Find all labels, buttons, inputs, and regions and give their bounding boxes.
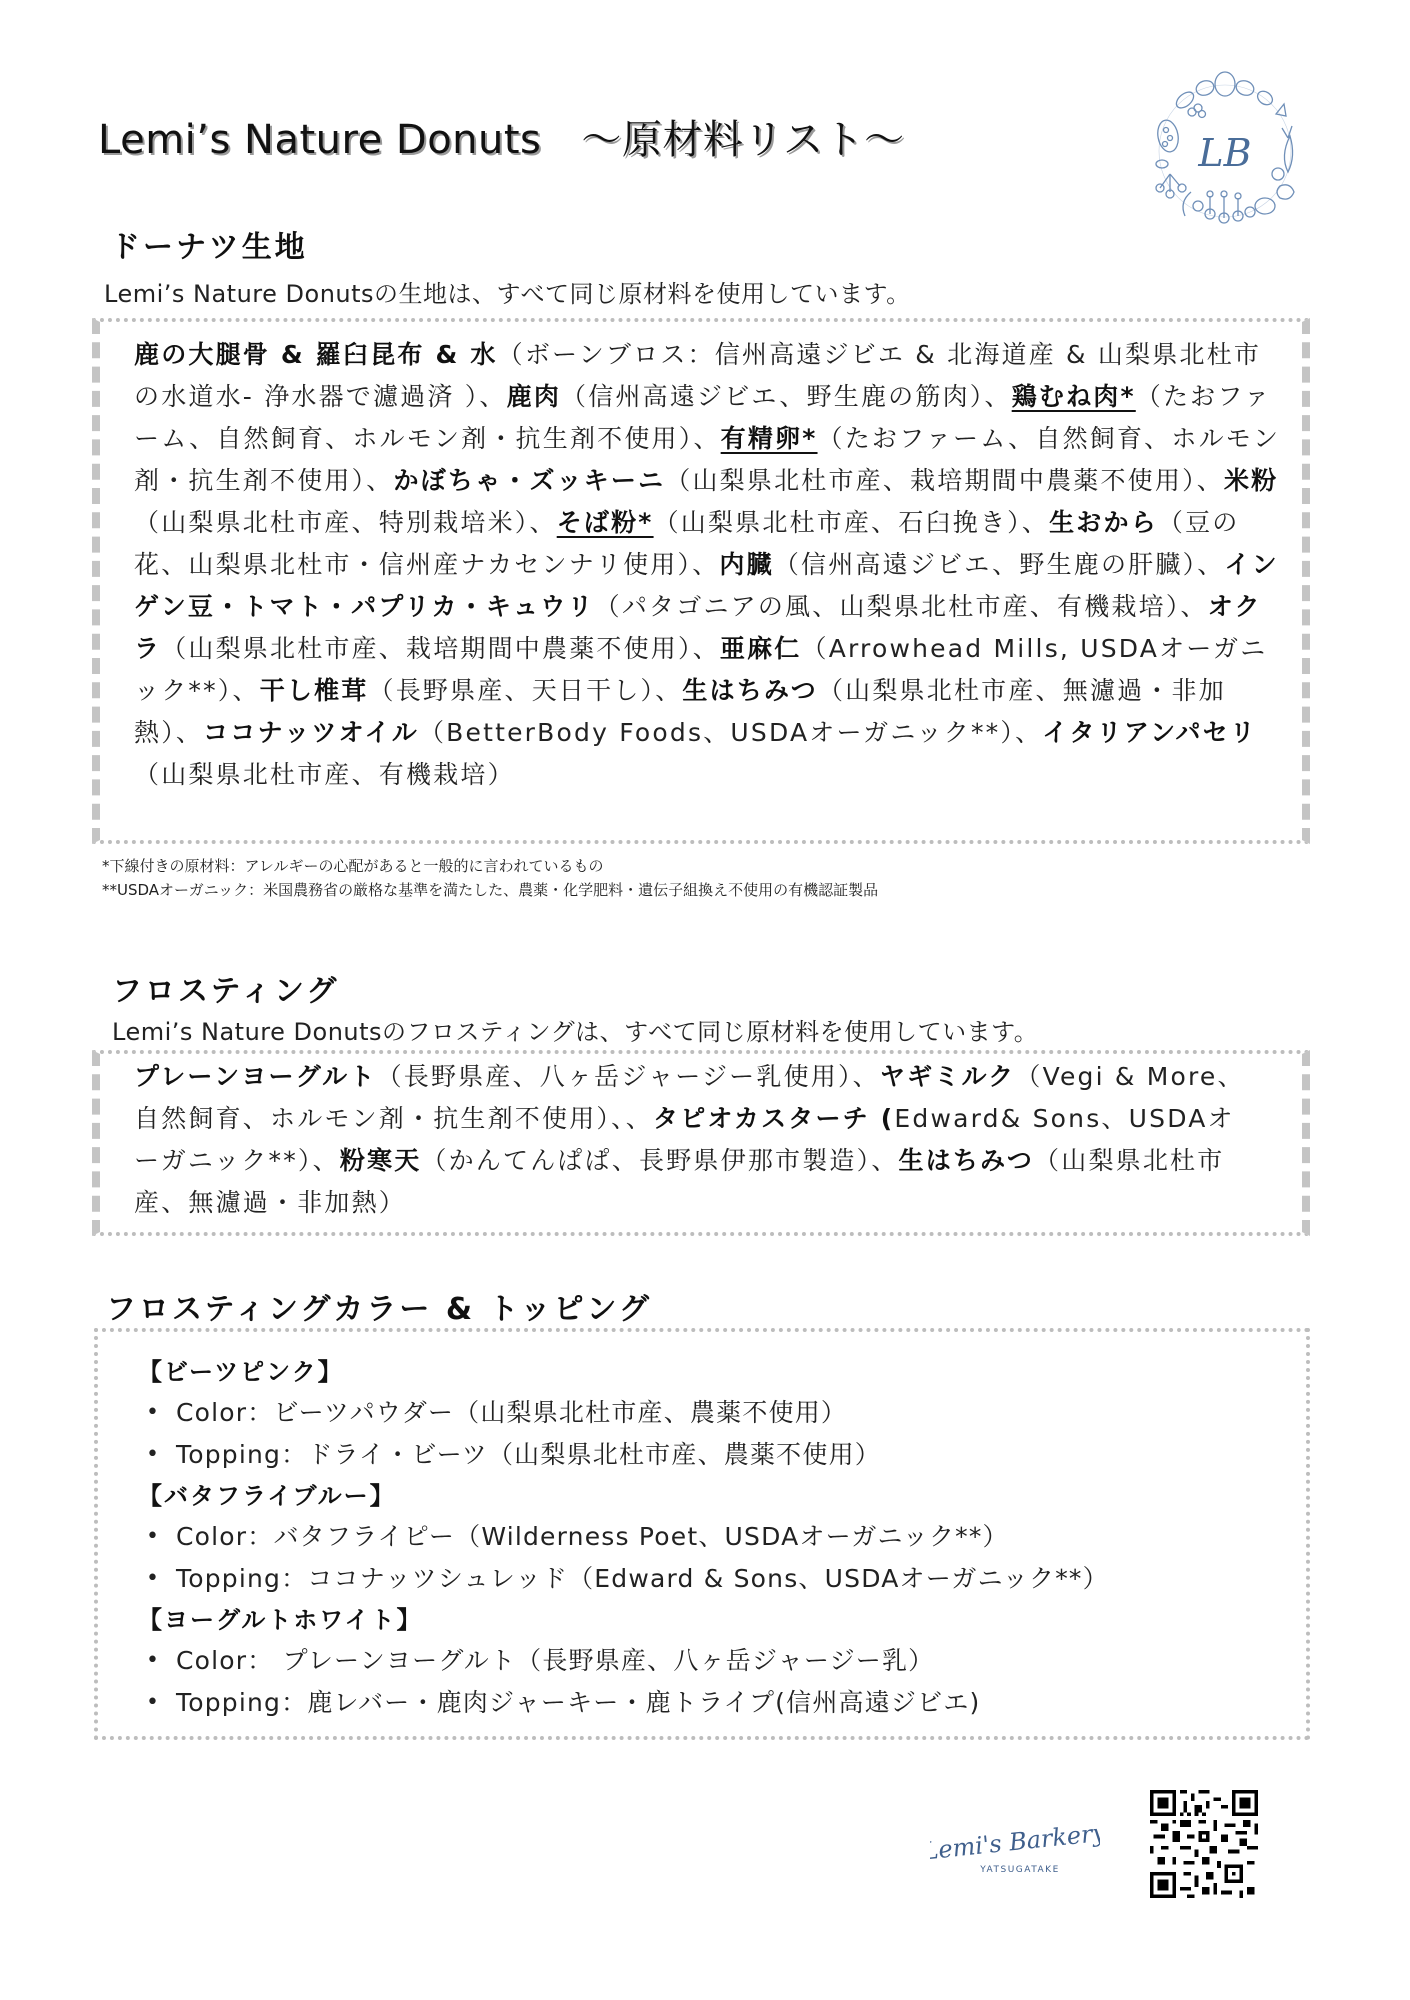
ingredient-name: そば粉* xyxy=(557,508,654,537)
ingredient-name: ココナッツオイル xyxy=(203,718,419,747)
ingredient-detail: （信州高遠ジビエ、野生鹿の肝臓）、 xyxy=(774,550,1225,579)
bullet-icon: • xyxy=(146,1640,160,1682)
bullet-icon: • xyxy=(146,1434,160,1476)
ingredient-name: プレーンヨーグルト xyxy=(134,1062,377,1091)
page-title-sub: ～原材料リスト～ xyxy=(581,117,904,163)
ingredient-detail: （かんてんぱぱ、長野県伊那市製造）、 xyxy=(421,1146,898,1175)
ingredient-name: 生おから xyxy=(1049,508,1158,537)
ingredient-name: 米粉 xyxy=(1224,466,1278,495)
variant-items: •Color：ビーツパウダー（山梨県北杜市産、農薬不使用） •Topping：ド… xyxy=(138,1392,1109,1476)
brand-logo-icon: Lemi's Barkery YATSUGATAKE xyxy=(930,1810,1100,1890)
bullet-icon: • xyxy=(146,1558,160,1600)
dough-ingredients-text: 鹿の大腿骨 & 羅臼昆布 & 水（ボーンブロス：信州高遠ジビエ & 北海道産 &… xyxy=(134,334,1284,796)
ingredient-detail: （長野県産、八ヶ岳ジャージー乳使用）、 xyxy=(377,1062,880,1091)
variant-label: 【バタフライブルー】 xyxy=(138,1476,1109,1516)
ingredient-detail: （信州高遠ジビエ、野生鹿の筋肉）、 xyxy=(561,382,1012,411)
variant-butterfly-blue: 【バタフライブルー】 •Color：バタフライピー（Wilderness Poe… xyxy=(138,1476,1109,1600)
toppings-heading: フロスティングカラー & トッピング xyxy=(106,1284,652,1328)
ingredient-name: ヤギミルク xyxy=(880,1062,1016,1091)
ingredient-detail: （山梨県北杜市産、栽培期間中農薬不使用）、 xyxy=(665,466,1224,495)
lemis-barkery-logo: Lemi's Barkery YATSUGATAKE xyxy=(930,1810,1100,1890)
bullet-icon: • xyxy=(146,1392,160,1434)
variant-item: •Topping：鹿レバー・鹿肉ジャーキー・鹿トライプ(信州高遠ジビエ) xyxy=(138,1682,1109,1724)
page-title: Lemi’s Nature Donuts～原材料リスト～ xyxy=(98,108,905,165)
ingredient-name: 生はちみつ xyxy=(899,1146,1035,1175)
frosting-ingredients-box: プレーンヨーグルト（長野県産、八ヶ岳ジャージー乳使用）、ヤギミルク（Vegi &… xyxy=(92,1050,1310,1236)
variant-items: •Color：バタフライピー（Wilderness Poet、USDAオーガニッ… xyxy=(138,1516,1109,1600)
variant-items: •Color： プレーンヨーグルト（長野県産、八ヶ岳ジャージー乳） •Toppi… xyxy=(138,1640,1109,1724)
ingredient-name: 内臓 xyxy=(719,550,773,579)
ingredient-detail: （パタゴニアの風、山梨県北杜市産、有機栽培）、 xyxy=(595,592,1208,621)
frosting-heading: フロスティング xyxy=(112,966,339,1010)
wreath-logo: LB xyxy=(1140,66,1310,236)
variant-item: •Color：バタフライピー（Wilderness Poet、USDAオーガニッ… xyxy=(138,1516,1109,1558)
ingredient-name: 粉寒天 xyxy=(340,1146,422,1175)
qr-code-icon xyxy=(1150,1790,1258,1898)
variant-yogurt-white: 【ヨーグルトホワイト】 •Color： プレーンヨーグルト（長野県産、八ヶ岳ジャ… xyxy=(138,1600,1109,1724)
ingredient-name: 鶏むね肉* xyxy=(1012,382,1136,411)
ingredient-detail: （山梨県北杜市産、特別栽培米）、 xyxy=(134,508,557,537)
variant-label: 【ヨーグルトホワイト】 xyxy=(138,1600,1109,1640)
ingredient-name: 鹿の大腿骨 & 羅臼昆布 & 水 xyxy=(134,340,498,369)
frosting-description: Lemi’s Nature Donutsのフロスティングは、すべて同じ原材料を使… xyxy=(112,1012,1038,1047)
dough-ingredients-box: 鹿の大腿骨 & 羅臼昆布 & 水（ボーンブロス：信州高遠ジビエ & 北海道産 &… xyxy=(92,318,1310,844)
ingredient-detail: （山梨県北杜市産、栽培期間中農薬不使用）、 xyxy=(161,634,720,663)
allergy-footnote: *下線付きの原材料：アレルギーの心配があると一般的に言われているもの xyxy=(102,854,878,878)
ingredient-detail: （山梨県北杜市産、石臼挽き）、 xyxy=(654,508,1050,537)
svg-text:LB: LB xyxy=(1197,131,1251,175)
ingredient-name: かぼちゃ・ズッキーニ xyxy=(394,466,666,495)
ingredient-detail: （長野県産、天日干し）、 xyxy=(369,676,683,705)
frosting-ingredients-text: プレーンヨーグルト（長野県産、八ヶ岳ジャージー乳使用）、ヤギミルク（Vegi &… xyxy=(134,1056,1254,1224)
ingredient-name: 鹿肉 xyxy=(507,382,561,411)
variant-item: •Color：ビーツパウダー（山梨県北杜市産、農薬不使用） xyxy=(138,1392,1109,1434)
ingredient-name: 干し椎茸 xyxy=(260,676,369,705)
variant-beet-pink: 【ビーツピンク】 •Color：ビーツパウダー（山梨県北杜市産、農薬不使用） •… xyxy=(138,1352,1109,1476)
wreath-logo-icon: LB xyxy=(1140,66,1310,236)
ingredient-name: 亜麻仁 xyxy=(720,634,802,663)
ingredient-detail: （山梨県北杜市産、有機栽培） xyxy=(134,760,515,789)
svg-text:Lemi's Barkery: Lemi's Barkery xyxy=(930,1818,1100,1865)
ingredient-detail: （BetterBody Foods、USDAオーガニック**）、 xyxy=(419,718,1042,747)
ingredient-name: タピオカスターチ ( xyxy=(653,1104,894,1133)
toppings-box: 【ビーツピンク】 •Color：ビーツパウダー（山梨県北杜市産、農薬不使用） •… xyxy=(94,1328,1310,1740)
toppings-content: 【ビーツピンク】 •Color：ビーツパウダー（山梨県北杜市産、農薬不使用） •… xyxy=(138,1352,1109,1724)
dough-description: Lemi’s Nature Donutsの生地は、すべて同じ原材料を使用していま… xyxy=(104,274,911,309)
usda-footnote: **USDAオーガニック：米国農務省の厳格な基準を満たした、農薬・化学肥料・遺伝… xyxy=(102,878,878,902)
bullet-icon: • xyxy=(146,1516,160,1558)
page-title-main: Lemi’s Nature Donuts xyxy=(98,117,541,163)
ingredient-name: 生はちみつ xyxy=(682,676,818,705)
variant-item: •Topping：ココナッツシュレッド（Edward & Sons、USDAオー… xyxy=(138,1558,1109,1600)
dough-heading: ドーナツ生地 xyxy=(110,222,308,266)
variant-item: •Color： プレーンヨーグルト（長野県産、八ヶ岳ジャージー乳） xyxy=(138,1640,1109,1682)
variant-label: 【ビーツピンク】 xyxy=(138,1352,1109,1392)
bullet-icon: • xyxy=(146,1682,160,1724)
footnotes: *下線付きの原材料：アレルギーの心配があると一般的に言われているもの **USD… xyxy=(102,854,878,902)
svg-text:YATSUGATAKE: YATSUGATAKE xyxy=(979,1865,1060,1875)
ingredient-name: 有精卵* xyxy=(721,424,818,453)
variant-item: •Topping：ドライ・ビーツ（山梨県北杜市産、農薬不使用） xyxy=(138,1434,1109,1476)
ingredient-name: イタリアンパセリ xyxy=(1042,718,1257,747)
qr-code[interactable] xyxy=(1150,1790,1258,1898)
